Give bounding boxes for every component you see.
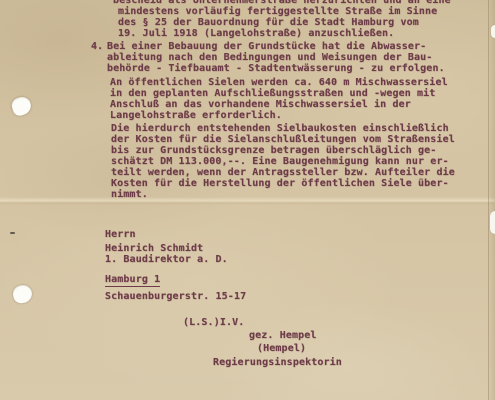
text-line-underlined: Hamburg 1: [105, 274, 160, 287]
text-line: (Hempel): [257, 343, 306, 354]
page-right-edge: [488, 0, 495, 400]
text-line: 19. Juli 1918 (Langelohstraße) anzuschli…: [118, 28, 451, 39]
text-line: teilt werden, wenn der Antragssteller bz…: [111, 167, 455, 178]
text-line: Schauenburgerstr. 15-17: [105, 291, 246, 302]
paragraph-siele: An öffentlichen Sielen werden ca. 640 m …: [110, 77, 448, 121]
text-line: Die hierdurch entstehenden Sielbaukosten…: [111, 123, 455, 134]
text-line: der Kosten für die Sielanschlußleitungen…: [111, 134, 455, 145]
signature-signed: gez. Hempel: [249, 330, 317, 341]
hole-punch-top: [10, 95, 34, 118]
edge-notch-middle: [490, 211, 495, 234]
text-line: Anschluß an das vorhandene Mischwassersi…: [110, 99, 448, 110]
text-line: Herrn: [105, 229, 136, 240]
recipient-title: 1. Baudirektor a. D.: [105, 254, 228, 265]
recipient-street: Schauenburgerstr. 15-17: [105, 291, 246, 302]
text-line: Regierungsinspektorin: [213, 357, 342, 368]
text-line: 1. Baudirektor a. D.: [105, 254, 228, 265]
text-line: Heinrich Schmidt: [105, 243, 203, 254]
text-line: schätzt DM 113.000,--. Eine Baugenehmigu…: [111, 156, 455, 167]
recipient-name: Heinrich Schmidt: [105, 243, 203, 254]
item-number: 4.: [91, 41, 103, 52]
text-line: Langelohstraße erforderlich.: [110, 110, 448, 121]
text-line: des § 25 der Bauordnung für die Stadt Ha…: [118, 17, 451, 28]
text-line: (L.S.)I.V.: [183, 317, 244, 328]
text-line: ableitung nach den Bedingungen und Weisu…: [107, 52, 445, 63]
paragraph-continuation: bescheid als Unternehmerstraße herzurich…: [118, 0, 451, 39]
recipient-salutation: Herrn: [105, 229, 136, 240]
signature-seal: (L.S.)I.V.: [183, 317, 244, 328]
text-line: Kosten für die Herstellung der öffentlic…: [111, 178, 455, 189]
hole-punch-bottom: [12, 283, 34, 304]
text-line: behörde - Tiefbauamt - Stadtentwässerung…: [107, 63, 445, 74]
edge-notch-top: [491, 25, 495, 38]
text-line: Bei einer Bebauung der Grundstücke hat d…: [107, 41, 445, 52]
text-line: mindestens vorläufig fertiggestellte Str…: [118, 6, 451, 17]
signature-role: Regierungsinspektorin: [213, 357, 342, 368]
paragraph-kosten: Die hierdurch entstehenden Sielbaukosten…: [111, 123, 455, 200]
text-line: nimmt.: [111, 189, 455, 200]
paragraph-item-4: 4. Bei einer Bebauung der Grundstücke ha…: [107, 41, 445, 74]
recipient-city: Hamburg 1: [105, 274, 160, 287]
text-line: An öffentlichen Sielen werden ca. 640 m …: [110, 77, 448, 88]
text-line: bis zur Grundstücksgrenze betragen übers…: [111, 145, 455, 156]
signature-name-paren: (Hempel): [257, 343, 306, 354]
stray-mark: [10, 232, 15, 234]
text-line: gez. Hempel: [249, 330, 317, 341]
text-line: in den geplanten Aufschließungsstraßen u…: [110, 88, 448, 99]
scanned-letter-page: bescheid als Unternehmerstraße herzurich…: [0, 0, 495, 400]
